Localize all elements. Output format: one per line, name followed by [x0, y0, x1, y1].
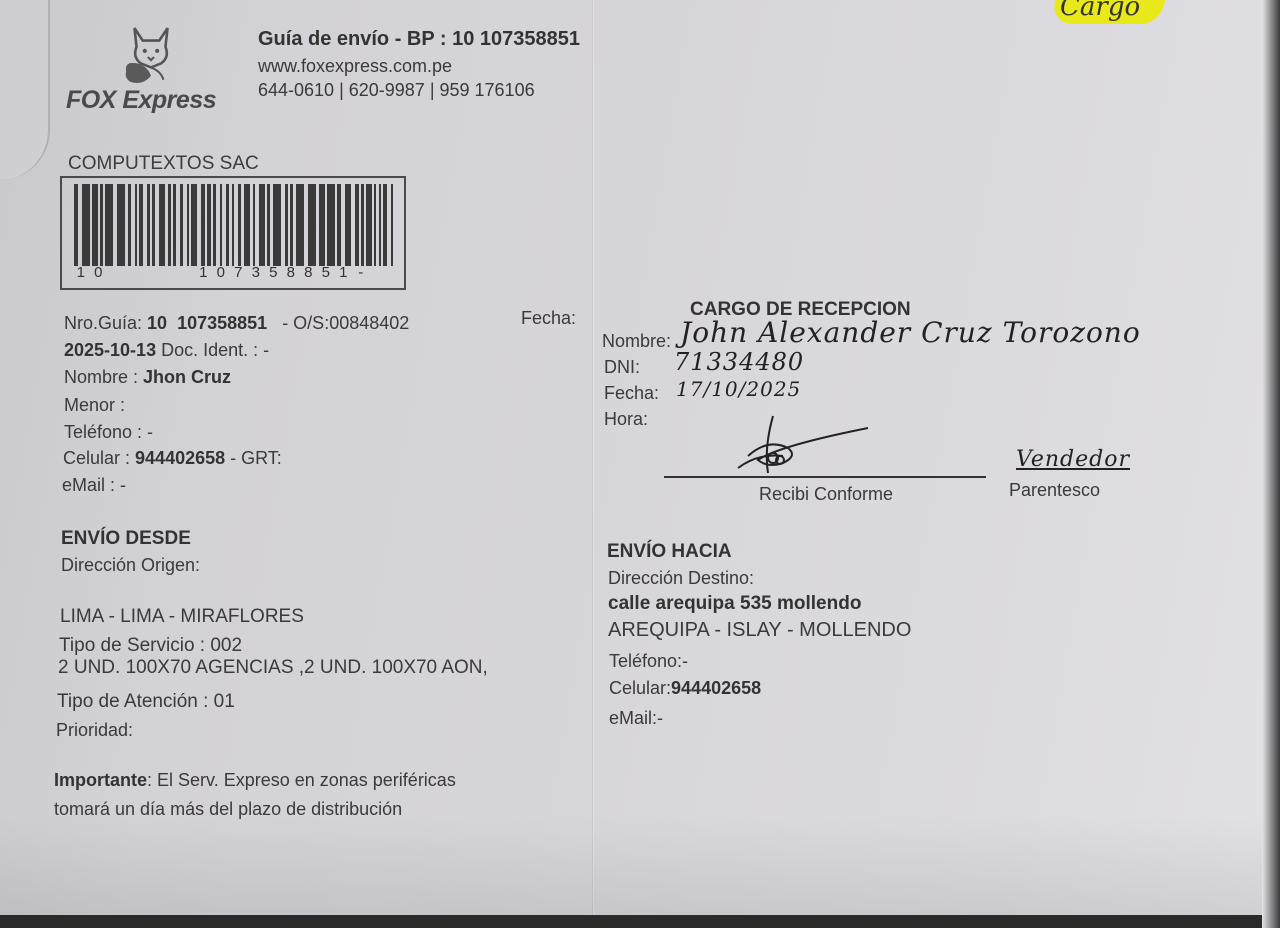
destino-ubicacion: AREQUIPA - ISLAY - MOLLENDO — [608, 619, 911, 642]
foxexpress-logo: FOX Express — [62, 24, 242, 124]
nombre-value: Jhon Cruz — [143, 367, 231, 387]
website-link: www.foxexpress.com.pe — [258, 56, 452, 77]
doc-ident: Doc. Ident. : - — [156, 340, 269, 360]
nombre-label: Nombre : — [64, 367, 143, 387]
os-number: - O/S:00848402 — [272, 313, 409, 333]
cargo-fecha-label: Fecha: — [604, 383, 659, 404]
signature-line — [664, 476, 986, 478]
direccion-destino-label: Dirección Destino: — [608, 568, 754, 589]
destino-celular-row: Celular:944402658 — [609, 678, 761, 699]
recibi-conforme-label: Recibi Conforme — [759, 484, 893, 505]
phone-numbers: 644-0610 | 620-9987 | 959 176106 — [258, 80, 535, 101]
tipo-atencion: Tipo de Atención : 01 — [57, 691, 235, 713]
cargo-dni-label: DNI: — [604, 357, 640, 378]
cargo-nombre-label: Nombre: — [602, 331, 671, 352]
envio-desde-title: ENVÍO DESDE — [61, 528, 191, 550]
direccion-origen-label: Dirección Origen: — [61, 555, 200, 576]
guide-title: Guía de envío - BP : 10 107358851 — [258, 28, 580, 51]
destino-celular-label: Celular: — [609, 678, 671, 698]
signature — [728, 408, 873, 478]
nro-guia-row: Nro.Guía: 10 107358851 - O/S:00848402 — [64, 313, 409, 334]
importante-label: Importante — [54, 770, 147, 790]
envio-hacia-title: ENVÍO HACIA — [607, 541, 732, 563]
paper-curl — [0, 0, 50, 180]
tipo-servicio: Tipo de Servicio : 002 — [59, 635, 242, 657]
shipping-guide-document: FOX Express Guía de envío - BP : 10 1073… — [0, 0, 1280, 915]
origen-ubicacion: LIMA - LIMA - MIRAFLORES — [60, 606, 304, 628]
barcode-bars — [74, 184, 396, 266]
fecha-label: Fecha: — [521, 308, 576, 329]
cargo-hora-label: Hora: — [604, 409, 648, 430]
fecha-doc-row: 2025-10-13 Doc. Ident. : - — [64, 340, 269, 361]
paper-fold — [592, 0, 594, 915]
destino-email: eMail:- — [609, 708, 663, 729]
celular-label: Celular : — [63, 448, 135, 468]
barcode-digits: 10 107358851- — [72, 264, 370, 281]
background-edge — [1262, 0, 1280, 928]
cargo-fecha-handwritten: 17/10/2025 — [676, 377, 801, 401]
cargo-nombre-handwritten: John Alexander Cruz Torozono — [680, 316, 1141, 349]
parentesco-label: Parentesco — [1009, 480, 1100, 501]
direccion-destino: calle arequipa 535 mollendo — [608, 593, 861, 615]
importante-text: : El Serv. Expreso en zonas periféricas — [147, 770, 456, 790]
importante-text-2: tomará un día más del plazo de distribuc… — [54, 799, 402, 820]
contenido: 2 UND. 100X70 AGENCIAS ,2 UND. 100X70 AO… — [58, 657, 488, 679]
celular-value: 944402658 — [135, 448, 225, 468]
celular-row: Celular : 944402658 - GRT: — [63, 448, 282, 469]
sender-company: COMPUTEXTOS SAC — [68, 153, 259, 175]
corner-note: Cargo — [1060, 0, 1140, 22]
nombre-row: Nombre : Jhon Cruz — [64, 367, 231, 388]
fox-icon — [120, 24, 182, 86]
parentesco-handwritten: Vendedor — [1016, 447, 1130, 472]
destino-celular-value: 944402658 — [671, 678, 761, 698]
grt-label: - GRT: — [225, 448, 282, 468]
importante-note: Importante: El Serv. Expreso en zonas pe… — [54, 770, 456, 791]
barcode: 10 107358851- — [60, 176, 406, 290]
destino-telefono: Teléfono:- — [609, 651, 688, 672]
prioridad: Prioridad: — [56, 720, 133, 741]
brand-name: FOX Express — [66, 86, 216, 115]
fecha-value: 2025-10-13 — [64, 340, 156, 360]
telefono-row: Teléfono : - — [64, 422, 153, 443]
cargo-dni-handwritten: 71334480 — [674, 348, 804, 376]
nro-guia-value: 10 107358851 — [147, 313, 267, 333]
email-row: eMail : - — [62, 475, 126, 496]
nro-guia-label: Nro.Guía: — [64, 313, 142, 333]
menor-row: Menor : — [64, 395, 125, 416]
